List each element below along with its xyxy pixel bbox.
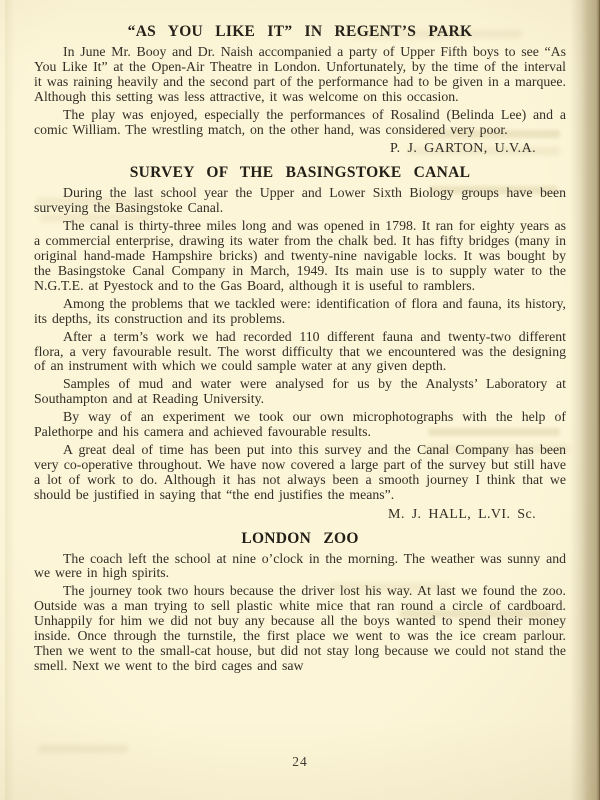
- article-paragraph: The canal is thirty-three miles long and…: [34, 219, 566, 294]
- article-london-zoo: LONDON ZOO The coach left the school at …: [34, 529, 566, 674]
- magazine-page-scan: “AS YOU LIKE IT” IN REGENT’S PARK In Jun…: [0, 0, 600, 800]
- article-as-you-like-it: “AS YOU LIKE IT” IN REGENT’S PARK In Jun…: [34, 22, 566, 156]
- page-content: “AS YOU LIKE IT” IN REGENT’S PARK In Jun…: [34, 22, 566, 748]
- page-number: 24: [0, 754, 600, 770]
- article-paragraph: After a term’s work we had recorded 110 …: [34, 330, 566, 375]
- article-paragraph: The journey took two hours because the d…: [34, 584, 566, 673]
- article-basingstoke-canal: SURVEY OF THE BASINGSTOKE CANAL During t…: [34, 163, 566, 521]
- article-byline: P. J. GARTON, U.V.A.: [34, 141, 566, 156]
- article-paragraph: In June Mr. Booy and Dr. Naish accompani…: [34, 45, 566, 105]
- article-paragraph: During the last school year the Upper an…: [34, 186, 566, 216]
- article-paragraph: By way of an experiment we took our own …: [34, 410, 566, 440]
- article-paragraph: The coach left the school at nine o’cloc…: [34, 552, 566, 582]
- article-paragraph: A great deal of time has been put into t…: [34, 443, 566, 503]
- article-title: SURVEY OF THE BASINGSTOKE CANAL: [34, 163, 566, 182]
- article-paragraph: Among the problems that we tackled were:…: [34, 297, 566, 327]
- left-crease-shadow: [5, 0, 15, 800]
- article-paragraph: Samples of mud and water were analysed f…: [34, 377, 566, 407]
- article-title: “AS YOU LIKE IT” IN REGENT’S PARK: [34, 22, 566, 41]
- article-byline: M. J. HALL, L.VI. Sc.: [34, 507, 566, 522]
- article-title: LONDON ZOO: [34, 529, 566, 548]
- page-edge-shadow: [570, 0, 600, 800]
- article-paragraph: The play was enjoyed, especially the per…: [34, 108, 566, 138]
